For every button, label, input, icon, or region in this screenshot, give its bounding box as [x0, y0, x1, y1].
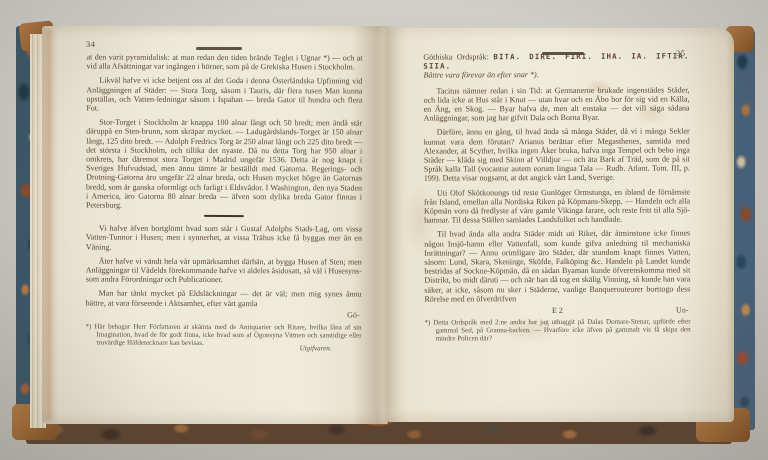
paragraph: at den varit pyramidalisk: at man redan …	[86, 53, 362, 72]
gathering-signature: E 2	[552, 306, 563, 315]
book-photograph: 34 at den varit pyramidalisk: at man red…	[0, 0, 768, 460]
catchword: Un-	[676, 306, 688, 315]
section-divider-rule	[204, 215, 244, 217]
paragraph: Til hvad ända alla andra Städer midt uti…	[424, 229, 690, 304]
footnote: *) Detta Ordspråk med 2:ne andra har jag…	[425, 318, 691, 343]
paragraph: Stor-Torget i Stockholm är knappa 100 al…	[86, 118, 362, 211]
catchword: Gö-	[86, 309, 360, 319]
gothic-proverb-heading: Göthiska Ordspråk: BITA. DIRE. FIRI. IHA…	[423, 51, 689, 80]
paragraph: Därföre, ännu en gång, til hvad ända så …	[424, 127, 690, 183]
left-header-rule	[196, 47, 242, 50]
paragraph: Tacitus nämner redan i sin Tid: at Germa…	[424, 85, 690, 123]
marbled-fore-edge	[732, 30, 755, 430]
signature-row: E 2 Un-	[424, 305, 690, 315]
heading-prefix: Göthiska Ordspråk:	[423, 52, 488, 61]
left-page-number: 34	[86, 39, 96, 49]
left-page-text-column: at den varit pyramidalisk: at man redan …	[85, 53, 362, 353]
proverb-translation: Bättre vara förevar än efter snar *).	[423, 70, 689, 80]
paragraph: Uti Olof Skötkonungs tid reste Gunlöger …	[424, 187, 690, 225]
paragraph: Vi hafve äfven bortglömt hvad som står i…	[86, 224, 362, 253]
paragraph: Likväl hafve vi icke betjent oss af det …	[86, 76, 362, 114]
paragraph: Åter hafve vi vändt hela vår upmärksamhe…	[86, 256, 362, 285]
paragraph: Man har tänkt mycket på Eldsläckningar —…	[86, 289, 362, 308]
right-page-text-column: Göthiska Ordspråk: BITA. DIRE. FIRI. IHA…	[423, 51, 690, 347]
